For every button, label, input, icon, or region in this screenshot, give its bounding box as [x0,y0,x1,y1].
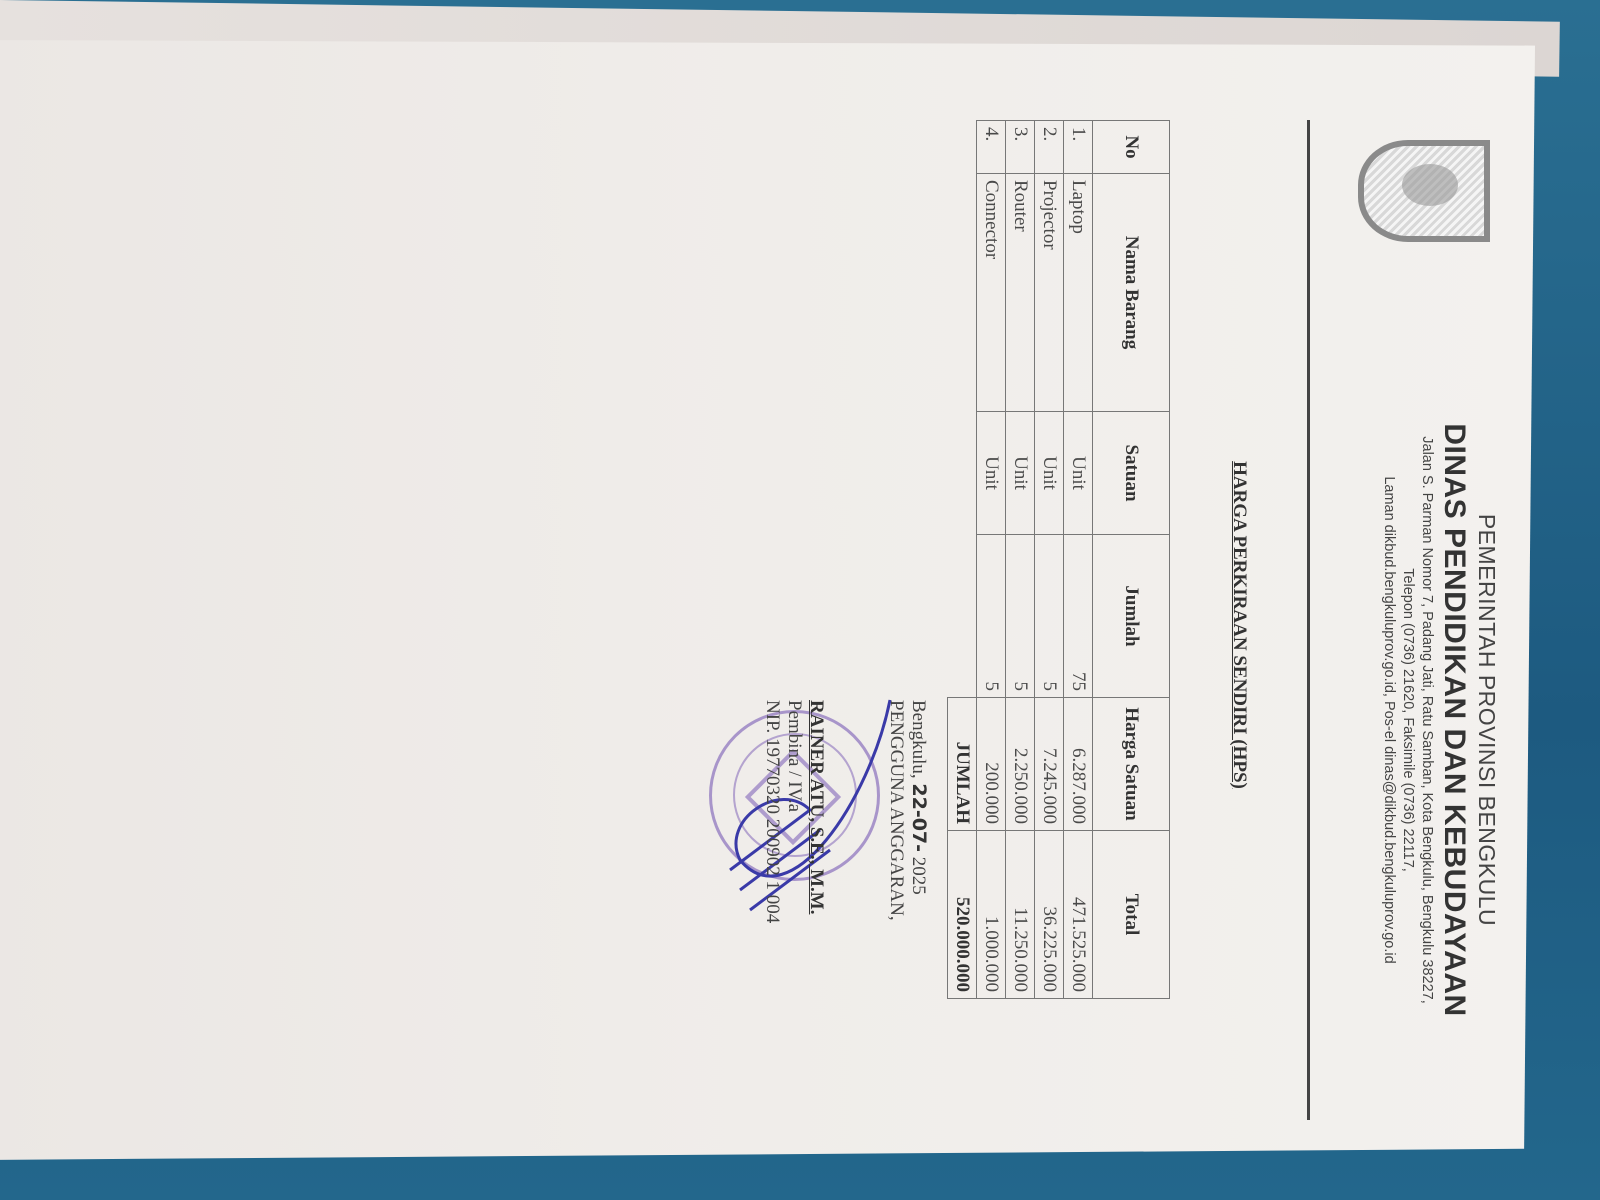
document-title: HARGA PERKIRAAN SENDIRI (HPS) [1228,100,1250,1150]
cell-harga: 2.250.000 [1006,698,1035,831]
cell-nama: Laptop [1064,174,1093,412]
cell-total: 1.000.000 [977,831,1006,999]
letterhead-web: Laman dikbud.bengkuluprov.go.id, Pos-el … [1380,290,1397,1150]
hps-table: No Nama Barang Satuan Jumlah Harga Satua… [947,120,1170,999]
cell-nama: Router [1006,174,1035,412]
signing-place: Bengkulu, [908,700,929,779]
table-header-row: No Nama Barang Satuan Jumlah Harga Satua… [1093,121,1170,999]
letterhead-address: Jalan S. Parman Nomor 7, Padang Jati, Ra… [1418,290,1435,1150]
letterhead-phone: Telepon (0736) 21620, Faksimile (0736) 2… [1399,290,1416,1150]
cell-harga: 6.287.000 [1064,698,1093,831]
cell-jumlah: 5 [1035,535,1064,698]
provincial-emblem-icon [1358,140,1490,242]
cell-total: 471.525.000 [1064,831,1093,999]
signer-role: PENGGUNA ANGGARAN, [885,700,907,1020]
header-satuan: Satuan [1093,412,1170,535]
letterhead-divider [1307,120,1310,1120]
signing-year: 2025 [908,857,929,895]
signing-date: Bengkulu, 22-07- 2025 [907,700,930,1020]
signer-nip: NIP. 19770320 200902 1 004 [761,700,783,1020]
table-row: 1. Laptop Unit 75 6.287.000 471.525.000 [1064,121,1093,999]
cell-no: 4. [977,121,1006,174]
letterhead-government: PEMERINTAH PROVINSI BENGKULU [1473,290,1500,1150]
table-row: 2. Projector Unit 5 7.245.000 36.225.000 [1035,121,1064,999]
cell-jumlah: 5 [1006,535,1035,698]
document-sheet: PEMERINTAH PROVINSI BENGKULU DINAS PENDI… [0,40,1535,1160]
cell-total: 36.225.000 [1035,831,1064,999]
cell-harga: 200.000 [977,698,1006,831]
cell-nama: Connector [977,174,1006,412]
table-total-row: JUMLAH 520.000.000 [948,121,977,999]
header-jumlah: Jumlah [1093,535,1170,698]
signer-rank: Pembina / IV.a [783,700,805,1020]
letterhead-agency: DINAS PENDIDIKAN DAN KEBUDAYAAN [1437,290,1471,1150]
header-harga-satuan: Harga Satuan [1093,698,1170,831]
cell-satuan: Unit [977,412,1006,535]
blank-cell [948,121,977,698]
letterhead: PEMERINTAH PROVINSI BENGKULU DINAS PENDI… [1310,100,1520,1150]
cell-no: 3. [1006,121,1035,174]
total-value: 520.000.000 [948,831,977,999]
cell-satuan: Unit [1035,412,1064,535]
cell-total: 11.250.000 [1006,831,1035,999]
rotated-document: PEMERINTAH PROVINSI BENGKULU DINAS PENDI… [220,100,1520,1150]
cell-no: 1. [1064,121,1093,174]
handwritten-date: 22-07- [908,783,930,852]
total-label: JUMLAH [948,698,977,831]
cell-no: 2. [1035,121,1064,174]
cell-satuan: Unit [1064,412,1093,535]
signature-block: Bengkulu, 22-07- 2025 PENGGUNA ANGGARAN,… [761,700,930,1020]
table-row: 3. Router Unit 5 2.250.000 11.250.000 [1006,121,1035,999]
cell-nama: Projector [1035,174,1064,412]
table-row: 4. Connector Unit 5 200.000 1.000.000 [977,121,1006,999]
cell-harga: 7.245.000 [1035,698,1064,831]
cell-jumlah: 75 [1064,535,1093,698]
cell-satuan: Unit [1006,412,1035,535]
header-total: Total [1093,831,1170,999]
signer-name: RAINER ATU, S.E., M.M. [805,700,827,1020]
cell-jumlah: 5 [977,535,1006,698]
header-no: No [1093,121,1170,174]
header-nama-barang: Nama Barang [1093,174,1170,412]
